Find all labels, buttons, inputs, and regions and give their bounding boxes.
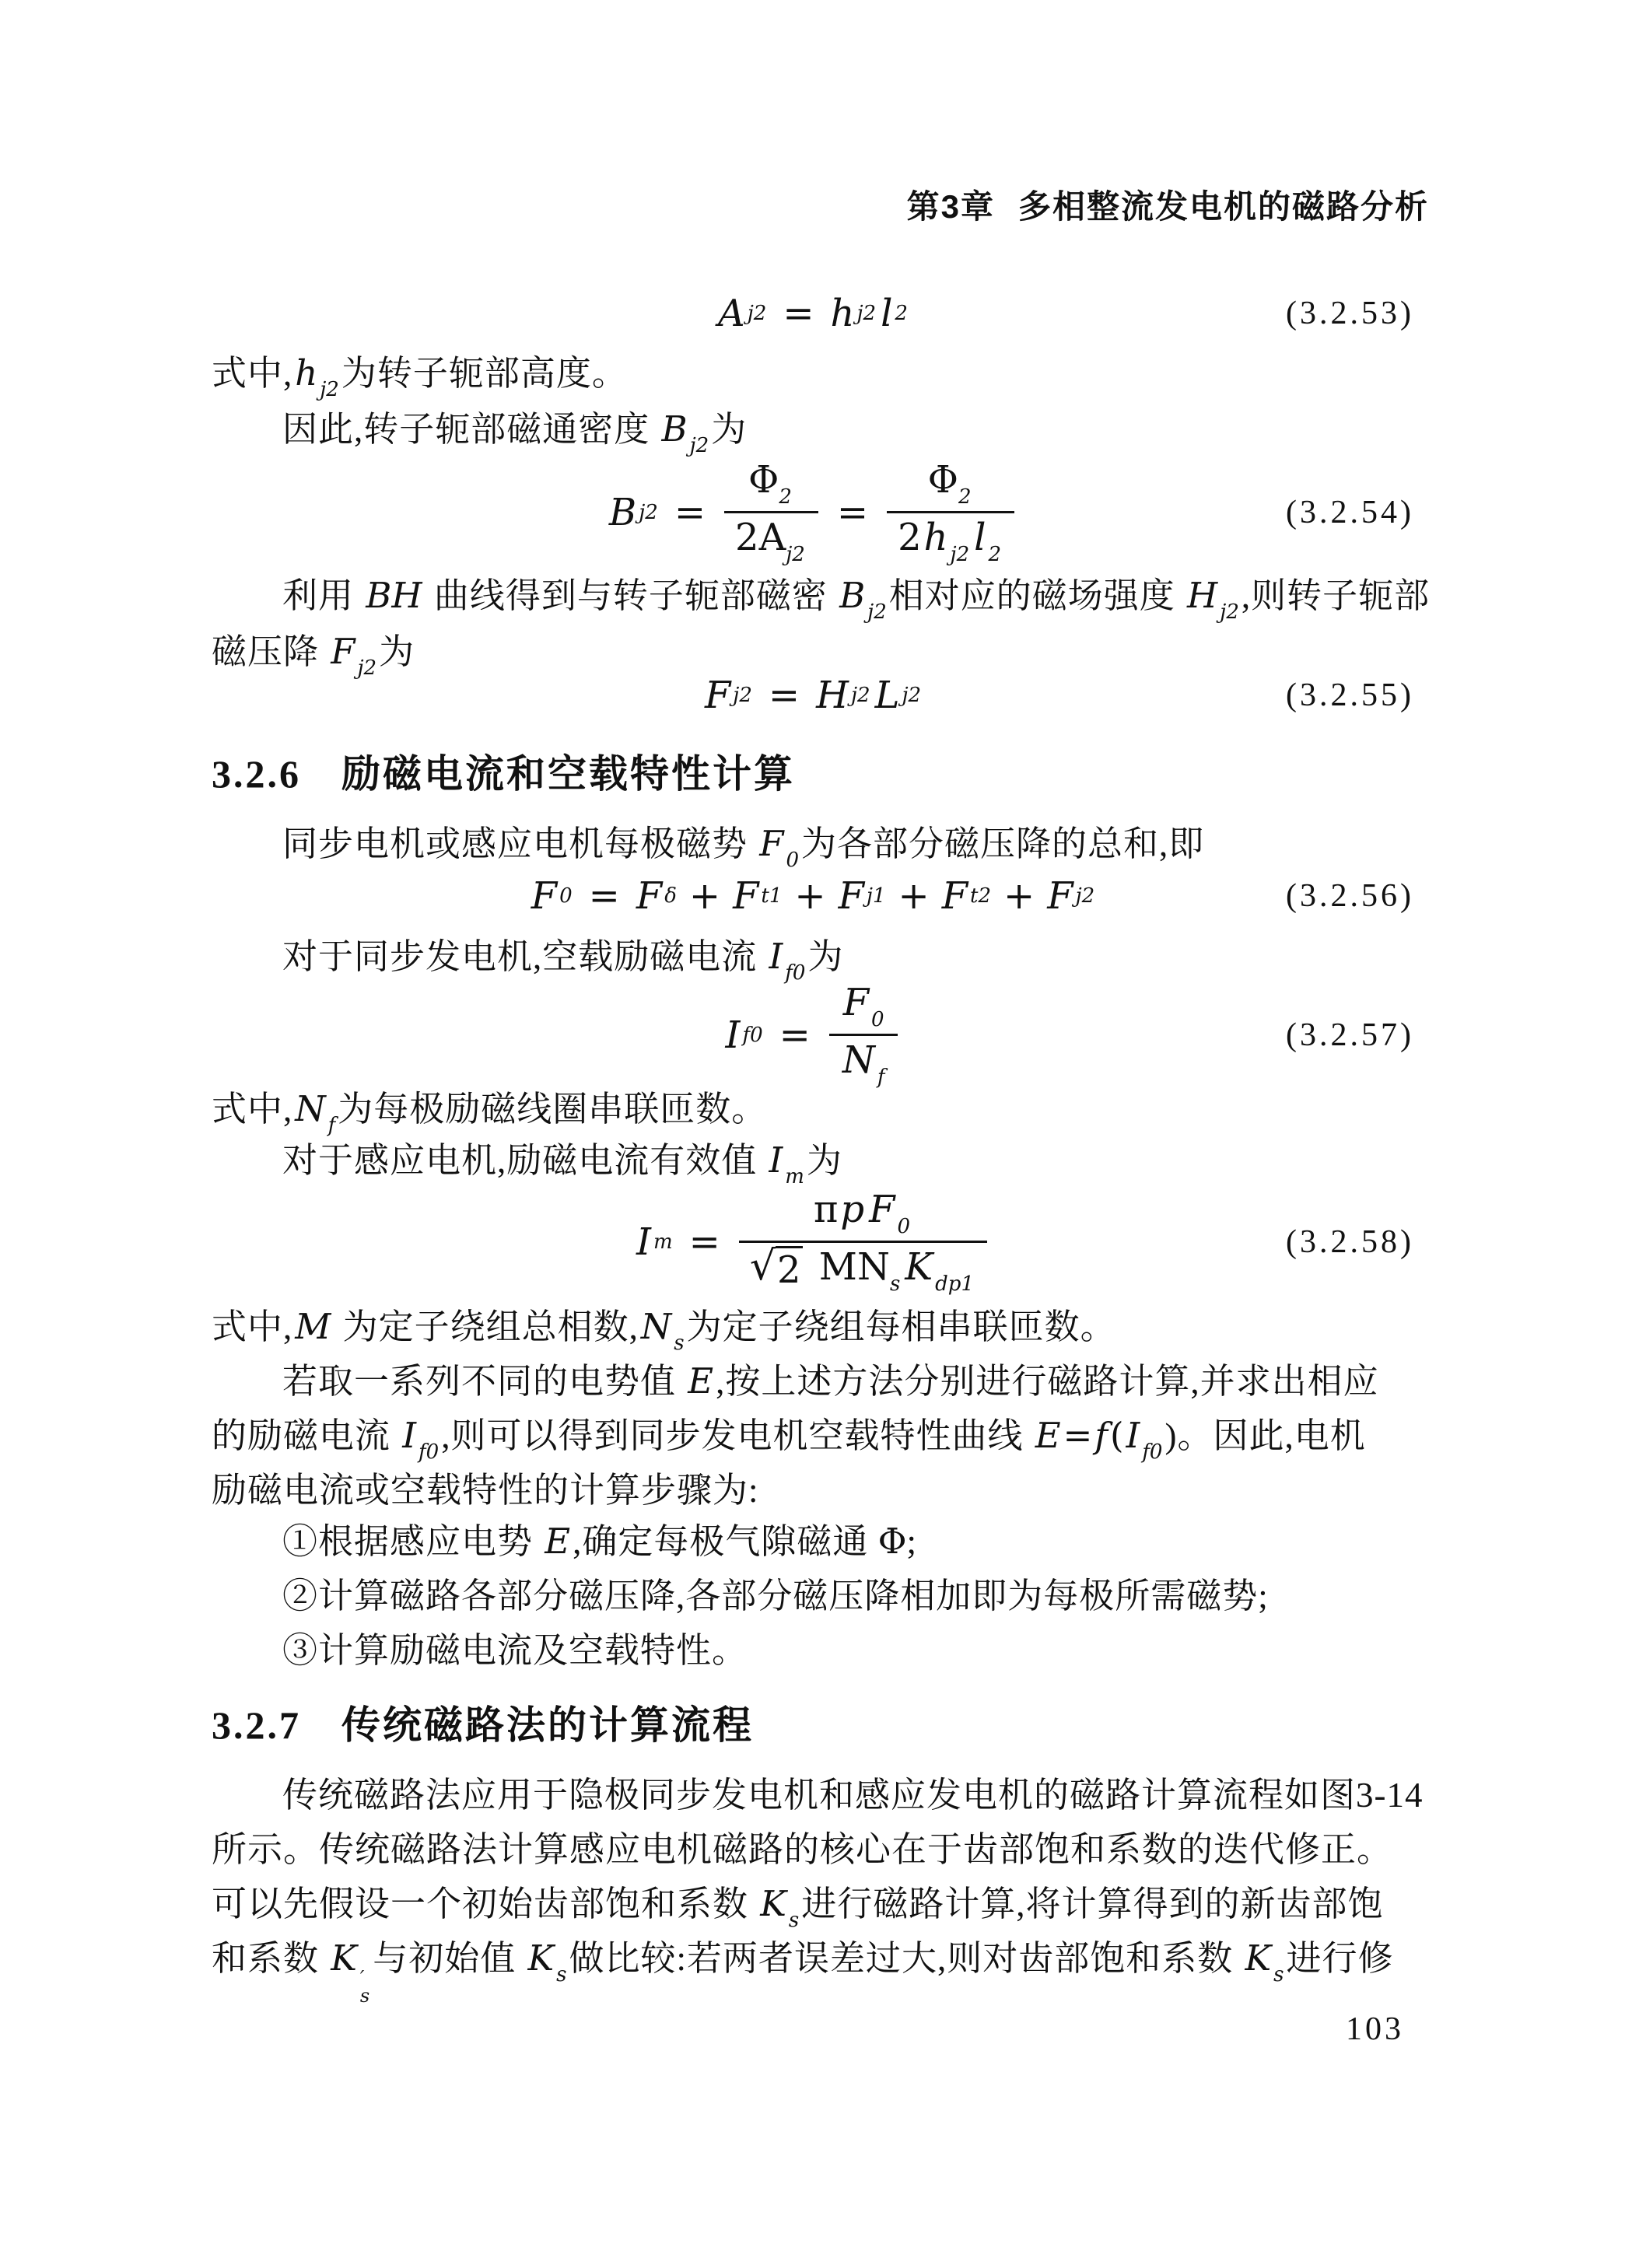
body-line: ③计算励磁电流及空载特性。 <box>212 1629 1485 1672</box>
chapter-title: 多相整流发电机的磁路分析 <box>1018 188 1429 225</box>
section-number: 3.2.6 <box>212 752 301 796</box>
equation-number: (3.2.57) <box>1286 1017 1414 1054</box>
equation-number: (3.2.56) <box>1286 877 1414 915</box>
equation-3-2-56: F0 = Fδ + Ft1 + Fj1 + Ft2 + Fj2 (3.2.56) <box>212 874 1414 918</box>
equation-3-2-53: Aj2 = hj2 l2 (3.2.53) <box>212 292 1414 335</box>
body-line: 式中,M 为定子绕组总相数,Ns为定子绕组每相串联匝数。 <box>212 1305 1414 1365</box>
body-line: 式中,hj2为转子轭部高度。 <box>212 352 1414 411</box>
body-line: 和系数 K′s与初始值 Ks做比较:若两者误差过大,则对齿部饱和系数 Ks进行修 <box>212 1937 1414 2005</box>
body-line: 的励磁电流 If0,则可以得到同步发电机空载特性曲线 E=f(If0)。因此,电… <box>212 1414 1414 1474</box>
equation-number: (3.2.55) <box>1286 677 1414 714</box>
section-number: 3.2.7 <box>212 1703 301 1747</box>
page-number: 103 <box>1346 2011 1404 2048</box>
equation-number: (3.2.58) <box>1286 1223 1414 1261</box>
square-root: √2 <box>750 1246 803 1292</box>
equation-3-2-54: Bj2 = Φ2 2Aj2 = Φ2 2hj2l2 (3.2.54) <box>212 456 1414 569</box>
equation-3-2-57: If0 = F0 Nf (3.2.57) <box>212 978 1414 1091</box>
body-line: ②计算磁路各部分磁压降,各部分磁压降相加即为每极所需磁势; <box>212 1574 1485 1618</box>
section-title: 传统磁路法的计算流程 <box>341 1703 754 1747</box>
chapter-number: 第3章 <box>907 188 995 225</box>
book-page: 第3章多相整流发电机的磁路分析 Aj2 = hj2 l2 (3.2.53) 式中… <box>0 0 1625 2268</box>
body-line: 可以先假设一个初始齿部饱和系数 Ks进行磁路计算,将计算得到的新齿部饱 <box>212 1882 1414 1942</box>
equation-number: (3.2.53) <box>1286 295 1414 332</box>
equation-3-2-58: Im = πpF0 √2 MNsKdp1 (3.2.58) <box>212 1185 1414 1298</box>
body-line: ①根据感应电势 E,确定每极气隙磁通 Φ; <box>212 1520 1485 1563</box>
body-line: 传统磁路法应用于隐极同步发电机和感应发电机的磁路计算流程如图3-14 <box>212 1773 1485 1817</box>
body-line: 励磁电流或空载特性的计算步骤为: <box>212 1468 1414 1512</box>
body-line: 所示。传统磁路法计算感应电机磁路的核心在于齿部饱和系数的迭代修正。 <box>212 1828 1414 1871</box>
section-title: 励磁电流和空载特性计算 <box>341 752 795 796</box>
prime-subscript: ′s <box>360 1969 370 2005</box>
section-heading-3-2-7: 3.2.7传统磁路法的计算流程 <box>212 1694 754 1750</box>
body-line: 若取一系列不同的电势值 E,按上述方法分别进行磁路计算,并求出相应 <box>212 1360 1485 1403</box>
section-heading-3-2-6: 3.2.6励磁电流和空载特性计算 <box>212 743 795 799</box>
body-line: 利用 BH 曲线得到与转子轭部磁密 Bj2相对应的磁场强度 Hj2,则转子轭部 <box>212 574 1485 634</box>
equation-3-2-55: Fj2 = Hj2 Lj2 (3.2.55) <box>212 674 1414 717</box>
body-line: 同步电机或感应电机每极磁势 F0为各部分磁压降的总和,即 <box>212 822 1485 882</box>
equation-number: (3.2.54) <box>1286 494 1414 531</box>
running-header: 第3章多相整流发电机的磁路分析 <box>907 181 1429 228</box>
